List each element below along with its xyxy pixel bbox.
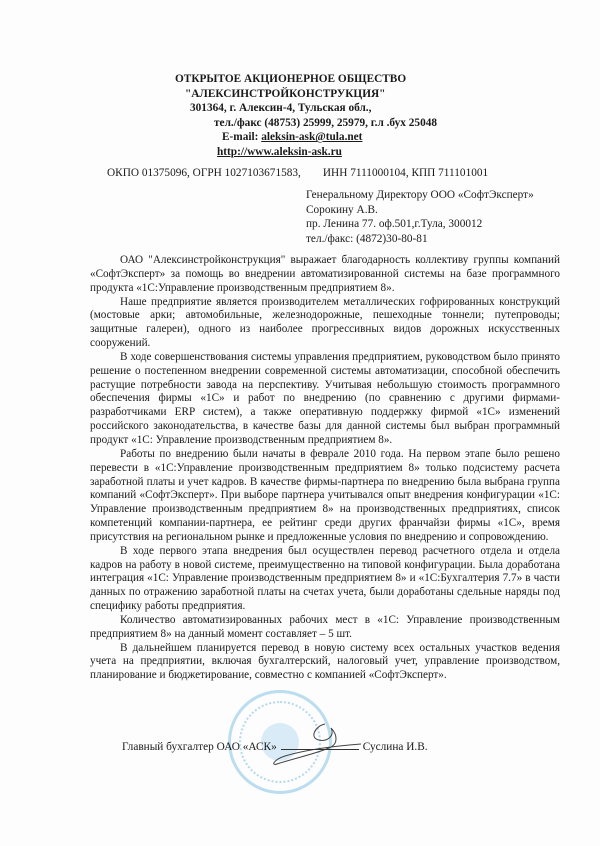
requisites-inn-kpp: ИНН 7111000104, КПП 711101001 [323,167,488,179]
paragraph: Количество автоматизированных рабочих ме… [90,614,560,642]
company-requisites: ОКПО 01375096, ОГРН 1027103671583,ИНН 71… [107,167,488,179]
requisites-okpo-ogrn: ОКПО 01375096, ОГРН 1027103671583, [107,167,301,179]
email-link[interactable]: aleksin-ask@tula.net [261,131,362,143]
company-email-line: E-mail: aleksin-ask@tula.net [222,130,362,145]
paragraph: В ходе первого этапа внедрения был осуще… [90,545,560,614]
website-link[interactable]: http://www.aleksin-ask.ru [217,145,342,160]
addressee-title: Генеральному Директору ООО «СофтЭксперт» [306,188,534,203]
signatory-position: Главный бухгалтер ОАО «АСК» [122,741,277,753]
company-address: 301364, г. Алексин-4, Тульская обл., [190,101,371,116]
company-name: "АЛЕКСИНСТРОЙКОНСТРУКЦИЯ" [185,87,385,102]
letter-body: ОАО "Алексинстройконструкция" выражает б… [90,254,560,683]
signature-line: Главный бухгалтер ОАО «АСК»Суслина И.В. [122,741,428,753]
paragraph: Наше предприятие является производителем… [90,296,560,351]
addressee-address: пр. Ленина 77. оф.501,г.Тула, 300012 [306,217,534,232]
paragraph: В ходе совершенствования системы управле… [90,351,560,448]
letter-page: ОТКРЫТОЕ АКЦИОНЕРНОЕ ОБЩЕСТВО "АЛЕКСИНСТ… [0,0,600,846]
addressee-block: Генеральному Директору ООО «СофтЭксперт»… [306,188,534,246]
email-label: E-mail: [222,131,261,143]
company-phone: тел./факс (48753) 25999, 25979, г.л .бух… [214,116,437,131]
paragraph: Работы по внедрению были начаты в феврал… [90,448,560,545]
signatory-name: Суслина И.В. [363,741,428,753]
signature-underline [281,749,359,750]
paragraph: В дальнейшем планируется перевод в новую… [90,642,560,684]
paragraph: ОАО "Алексинстройконструкция" выражает б… [90,254,560,296]
addressee-phone: тел./факс: (4872)30-80-81 [306,232,534,247]
addressee-name: Сорокину А.В. [306,203,534,218]
company-type: ОТКРЫТОЕ АКЦИОНЕРНОЕ ОБЩЕСТВО [175,72,406,87]
